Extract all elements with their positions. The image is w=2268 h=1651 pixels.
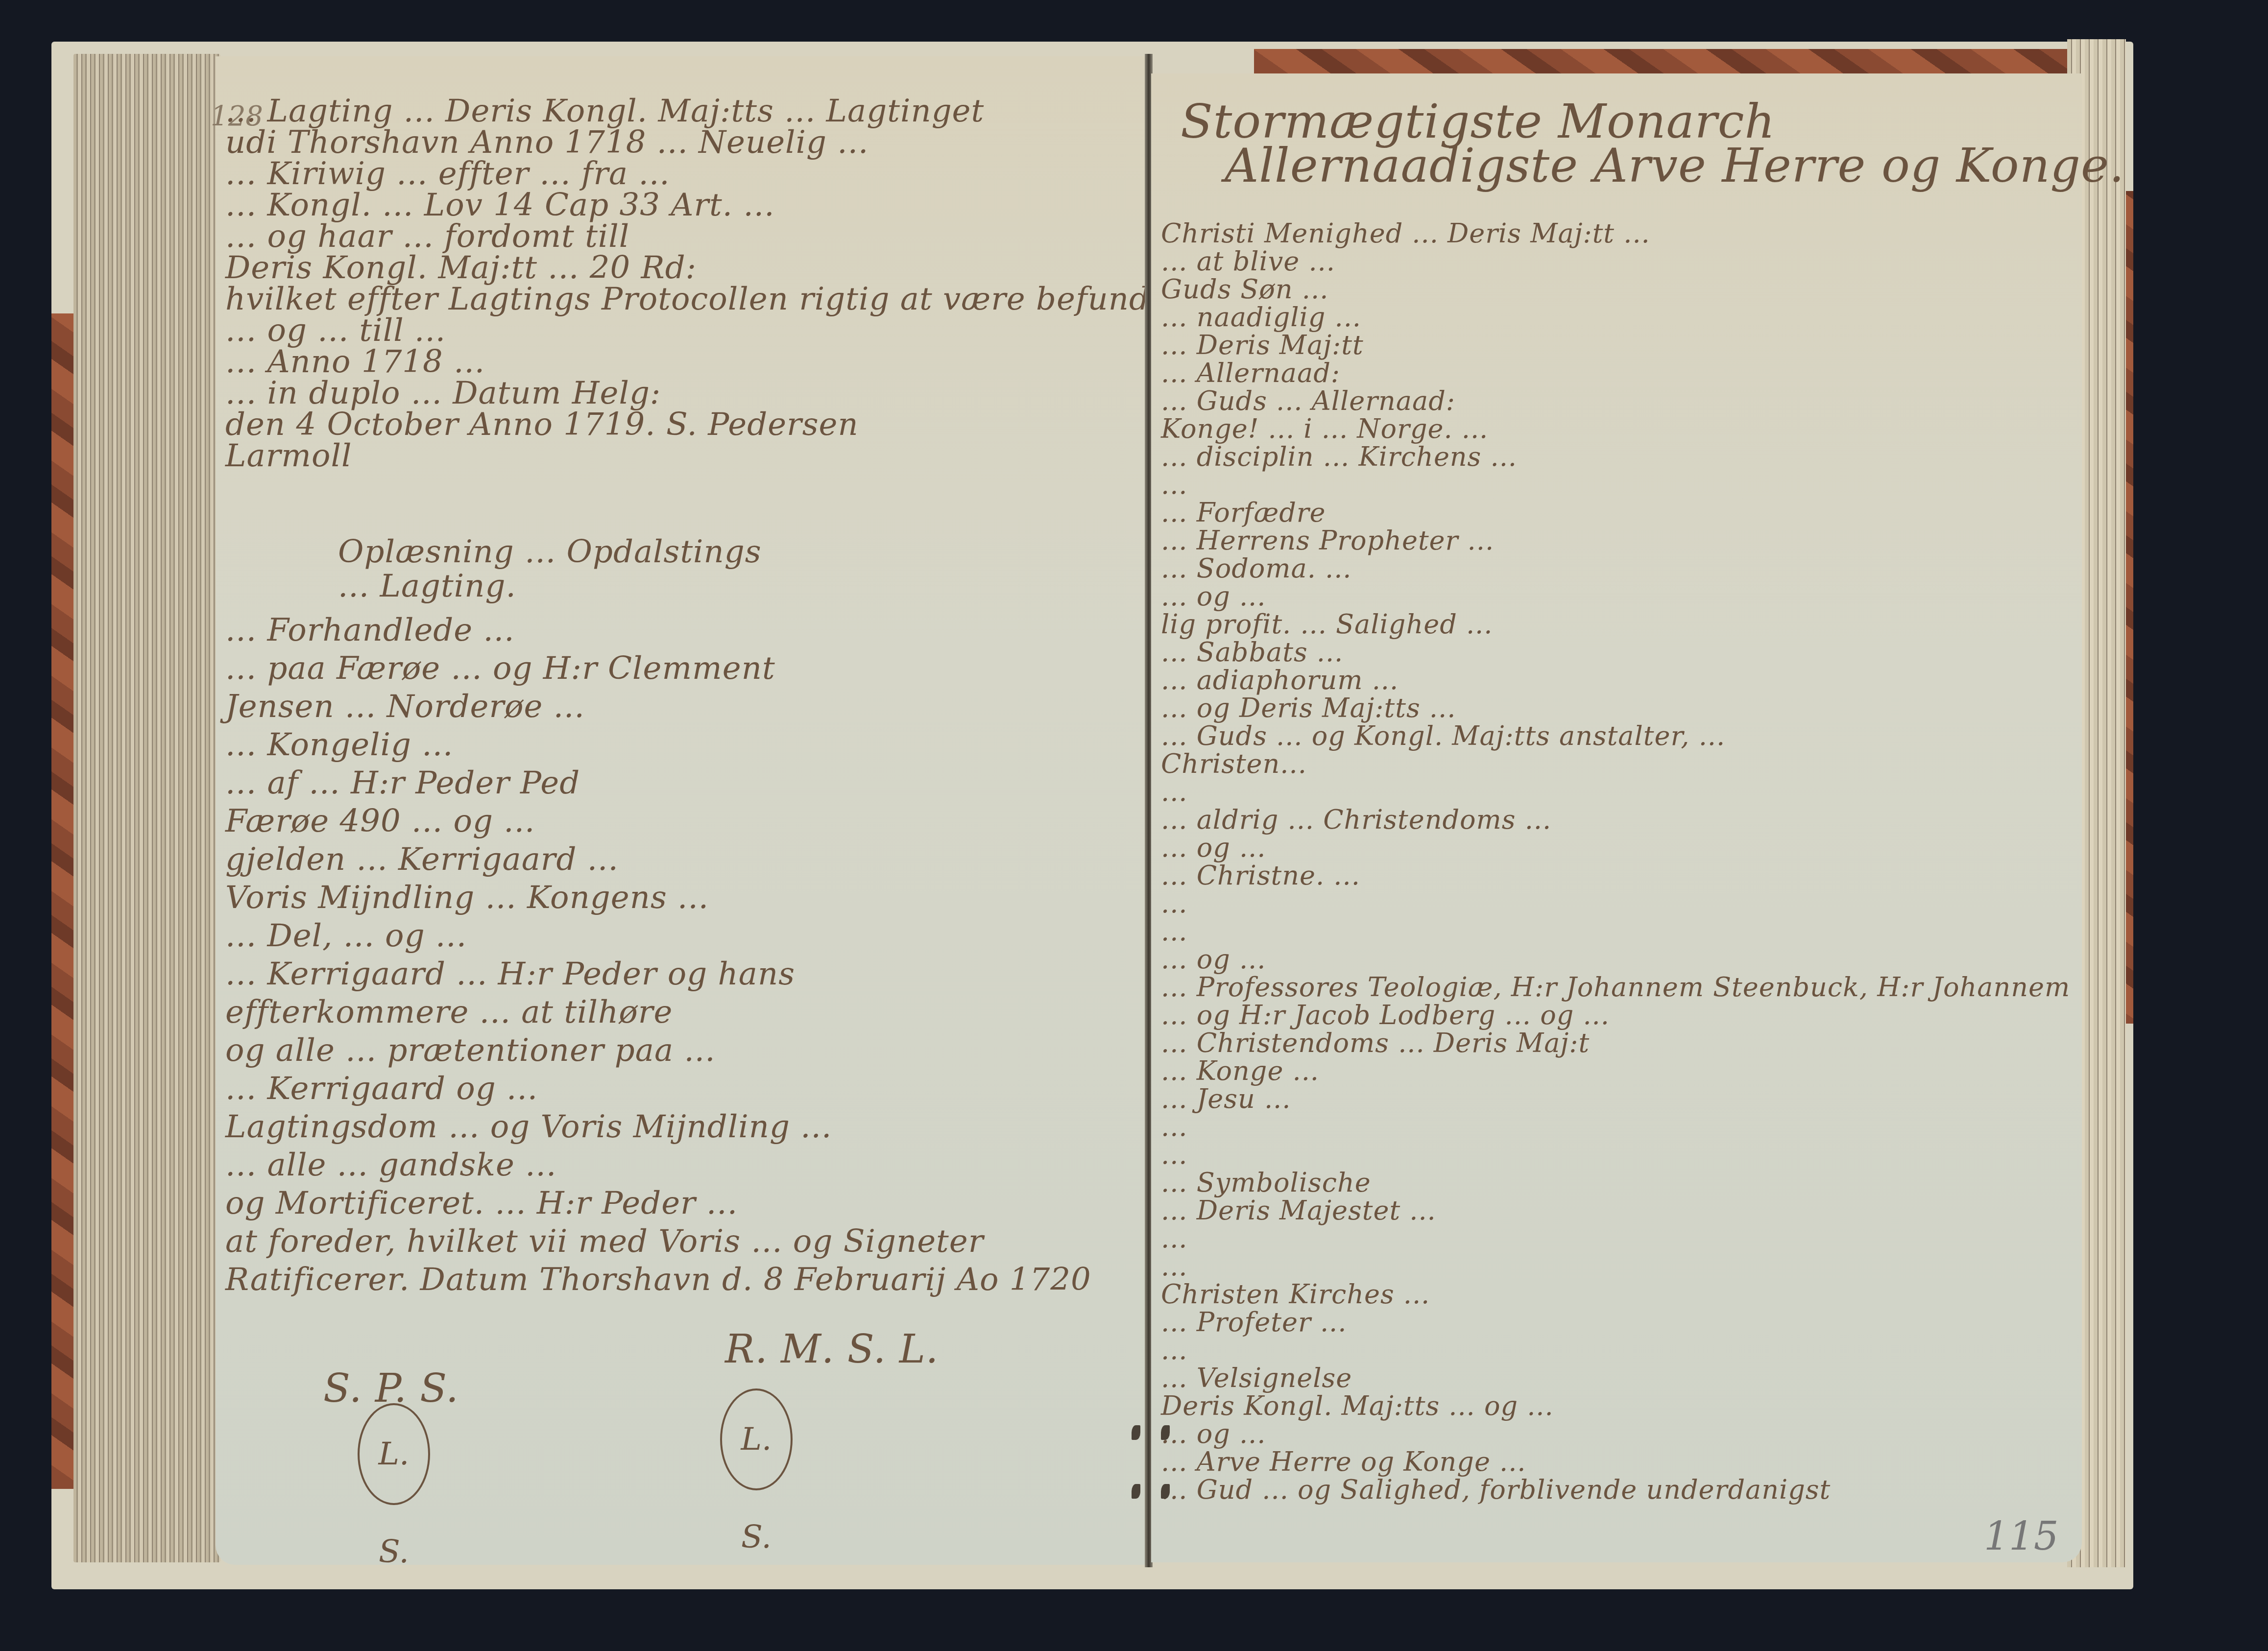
manuscript-line: ...: [1161, 1142, 1188, 1168]
manuscript-line: Deris Kongl. Maj:tt ... 20 Rd:: [225, 252, 697, 284]
manuscript-line: udi Thorshavn Anno 1718 ... Neuelig ...: [225, 127, 869, 158]
manuscript-line: ... Christne. ...: [1161, 862, 1360, 889]
manuscript-line: ... og H:r Jacob Lodberg ... og ...: [1161, 1002, 1610, 1029]
manuscript-line: ... alle ... gandske ...: [225, 1149, 556, 1181]
manuscript-line: ...: [1161, 1337, 1188, 1364]
manuscript-line: ... Velsignelse: [1161, 1365, 1352, 1391]
right-page: Stormægtigste Monarch Allernaadigste Arv…: [1151, 73, 2082, 1562]
manuscript-line: Lagtingsdom ... og Voris Mijndling ...: [225, 1111, 832, 1143]
manuscript-line: Konge! ... i ... Norge. ...: [1161, 416, 1488, 442]
manuscript-line: ...: [1161, 918, 1188, 945]
manuscript-line: ... og ... till ...: [225, 315, 446, 346]
manuscript-line: ... og ...: [1161, 583, 1266, 610]
manuscript-line: ...: [1161, 1225, 1188, 1252]
manuscript-line: ... adiaphorum ...: [1161, 667, 1399, 694]
manuscript-line: Ratificerer. Datum Thorshavn d. 8 Februa…: [225, 1264, 1091, 1295]
manuscript-line: ... Profeter ...: [1161, 1309, 1347, 1336]
manuscript-line: den 4 October Anno 1719. S. Pedersen: [225, 409, 859, 440]
manuscript-line: ... at blive ...: [1161, 248, 1335, 275]
manuscript-line: ... Anno 1718 ...: [225, 346, 485, 378]
manuscript-line: Oplæsning ... Opdalstings: [338, 536, 762, 568]
manuscript-line: ... Kerrigaard og ...: [225, 1073, 538, 1104]
manuscript-line: Christen Kirches ...: [1161, 1281, 1430, 1308]
binding-hole: [1161, 1425, 1170, 1440]
manuscript-line: ... Del, ... og ...: [225, 920, 467, 952]
manuscript-line: ... Kerrigaard ... H:r Peder og hans: [225, 958, 795, 990]
manuscript-line: ...: [1161, 1114, 1188, 1140]
signature-sps: S. P. S.: [323, 1369, 459, 1408]
manuscript-line: ... af ... H:r Peder Ped: [225, 767, 580, 799]
manuscript-line: ... Christendoms ... Deris Maj:t: [1161, 1030, 1590, 1056]
manuscript-line: at foreder, hvilket vii med Voris ... og…: [225, 1226, 984, 1257]
manuscript-line: ...: [1161, 890, 1188, 917]
manuscript-line: ... og ...: [1161, 946, 1266, 973]
manuscript-line: ... naadiglig ...: [1161, 304, 1361, 331]
manuscript-line: Jensen ... Norderøe ...: [225, 691, 585, 722]
manuscript-line: ... og ...: [1161, 835, 1266, 861]
manuscript-line: ... og ...: [1161, 1421, 1266, 1447]
manuscript-line: ... Herrens Propheter ...: [1161, 527, 1494, 554]
manuscript-line: ... Guds ... og Kongl. Maj:tts anstalter…: [1161, 723, 1725, 749]
manuscript-line: Færøe 490 ... og ...: [225, 806, 535, 837]
manuscript-line: ... Allernaad:: [1161, 360, 1340, 386]
manuscript-line: ... Kiriwig ... effter ... fra ...: [225, 158, 670, 190]
manuscript-line: hvilket effter Lagtings Protocollen rigt…: [225, 284, 1189, 315]
manuscript-line: ... Kongelig ...: [225, 729, 453, 761]
manuscript-line: ... Konge ...: [1161, 1058, 1319, 1084]
manuscript-line: ... Sabbats ...: [1161, 639, 1343, 666]
manuscript-line: ... Deris Maj:tt: [1161, 332, 1364, 359]
manuscript-line: ... Symbolische: [1161, 1170, 1371, 1196]
manuscript-line: ... Lagting ... Deris Kongl. Maj:tts ...…: [225, 96, 984, 127]
signature-rmsl: R. M. S. L.: [725, 1330, 939, 1369]
manuscript-line: ... Gud ... og Salighed, forblivende und…: [1161, 1477, 1831, 1503]
manuscript-line: Deris Kongl. Maj:tts ... og ...: [1161, 1393, 1554, 1419]
manuscript-line: Christen...: [1161, 751, 1307, 777]
binding-hole: [1161, 1484, 1170, 1499]
manuscript-line: ... Forhandlede ...: [225, 615, 515, 646]
manuscript-line: Guds Søn ...: [1161, 276, 1328, 303]
manuscript-line: ... Sodoma. ...: [1161, 555, 1351, 582]
manuscript-line: ... Forfædre: [1161, 500, 1326, 526]
manuscript-line: Larmoll: [225, 440, 352, 472]
manuscript-line: ...: [1161, 472, 1188, 498]
manuscript-line: Voris Mijndling ... Kongens ...: [225, 882, 709, 913]
manuscript-line: ... Lagting.: [338, 571, 516, 602]
manuscript-line: Christi Menighed ... Deris Maj:tt ...: [1161, 220, 1650, 247]
marbled-cover-top: [1254, 49, 2067, 73]
manuscript-line: ... aldrig ... Christendoms ...: [1161, 807, 1551, 833]
salutation-line-2: Allernaadigste Arve Herre og Konge.: [1225, 142, 2124, 189]
manuscript-line: ... og Deris Maj:tts ...: [1161, 695, 1456, 721]
page-number: 115: [1984, 1513, 2059, 1559]
manuscript-line: ... disciplin ... Kirchens ...: [1161, 444, 1517, 470]
manuscript-line: ... og haar ... fordomt till: [225, 221, 629, 252]
manuscript-line: ... Professores Teologiæ, H:r Johannem S…: [1161, 974, 2070, 1001]
manuscript-line: og alle ... prætentioner paa ...: [225, 1035, 715, 1066]
manuscript-line: ... Arve Herre og Konge ...: [1161, 1449, 1526, 1475]
manuscript-line: lig profit. ... Salighed ...: [1161, 611, 1493, 638]
binding-hole: [1132, 1425, 1140, 1440]
left-page: 128 ... Lagting ... Deris Kongl. Maj:tts…: [216, 56, 1146, 1565]
seal-ls-right: L. S.: [720, 1388, 793, 1490]
manuscript-line: effterkommere ... at tilhøre: [225, 997, 673, 1028]
manuscript-line: ... paa Færøe ... og H:r Clemment: [225, 653, 775, 684]
manuscript-line: ... Guds ... Allernaad:: [1161, 388, 1455, 414]
manuscript-line: ...: [1161, 779, 1188, 805]
manuscript-line: ... in duplo ... Datum Helg:: [225, 378, 661, 409]
binding-hole: [1132, 1484, 1140, 1499]
manuscript-line: og Mortificeret. ... H:r Peder ...: [225, 1188, 738, 1219]
manuscript-line: ... Deris Majestet ...: [1161, 1197, 1436, 1224]
manuscript-line: ... Jesu ...: [1161, 1086, 1291, 1112]
seal-ls-left: L. S.: [358, 1403, 430, 1505]
manuscript-line: ... Kongl. ... Lov 14 Cap 33 Art. ...: [225, 190, 775, 221]
page-edges-left: [73, 54, 220, 1562]
manuscript-line: ...: [1161, 1253, 1188, 1280]
manuscript-line: gjelden ... Kerrigaard ...: [225, 844, 619, 875]
